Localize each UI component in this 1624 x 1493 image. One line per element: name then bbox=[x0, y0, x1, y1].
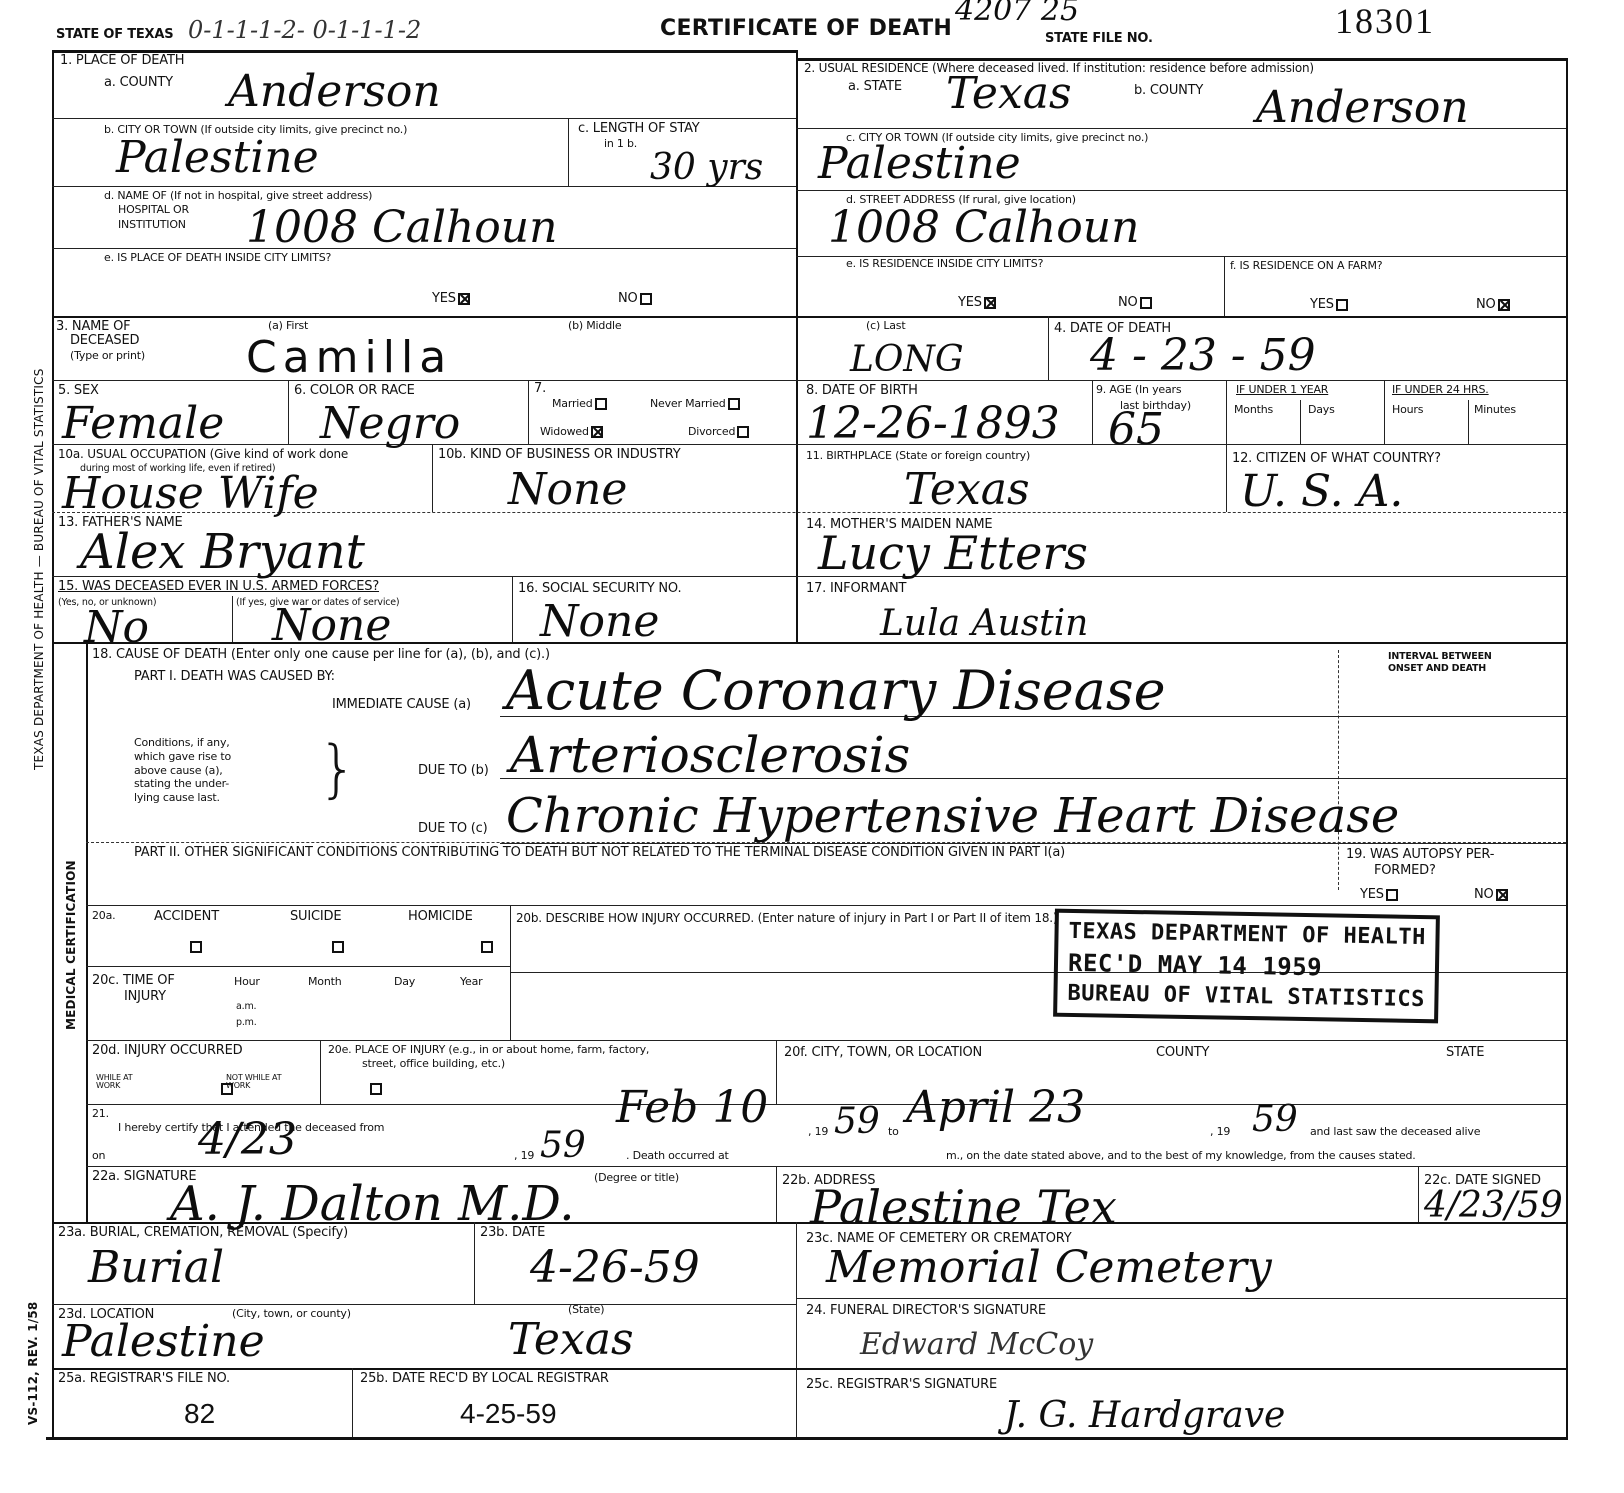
citizen-label: 12. CITIZEN OF WHAT COUNTRY? bbox=[1232, 452, 1441, 466]
mother-value[interactable]: Lucy Etters bbox=[818, 530, 1088, 576]
note-line: Conditions, if any, bbox=[134, 736, 231, 750]
farm-yes[interactable]: YES bbox=[1310, 298, 1348, 312]
length-of-stay-sublabel: in 1 b. bbox=[604, 138, 637, 150]
checkbox-empty-icon[interactable] bbox=[728, 398, 740, 410]
informant-value[interactable]: Lula Austin bbox=[880, 606, 1088, 642]
handwritten-number: 4207 25 bbox=[955, 0, 1079, 26]
place-of-injury-label-1: 20e. PLACE OF INJURY (e.g., in or about … bbox=[328, 1044, 649, 1056]
date-of-birth-label: 8. DATE OF BIRTH bbox=[806, 384, 918, 398]
armed-forces-service-value[interactable]: None bbox=[272, 604, 391, 648]
checkbox-checked-icon[interactable] bbox=[1496, 889, 1508, 901]
physician-address[interactable]: Palestine Tex bbox=[810, 1184, 1117, 1230]
state-file-number: 18301 bbox=[1335, 0, 1435, 42]
on-year-prefix: , 19 bbox=[514, 1150, 534, 1162]
am-label: a.m. bbox=[236, 1002, 256, 1012]
residence-inside-city-no[interactable]: NO bbox=[1118, 296, 1152, 310]
marital-label: 7. bbox=[534, 382, 546, 396]
marital-never-married[interactable]: Never Married bbox=[650, 398, 740, 410]
yes-label: YES bbox=[432, 291, 456, 306]
race-label: 6. COLOR OR RACE bbox=[294, 384, 415, 398]
first-name-value[interactable]: Camilla bbox=[246, 336, 452, 380]
death-inside-city-yes[interactable]: YES bbox=[432, 292, 470, 306]
length-of-stay-value[interactable]: 30 yrs bbox=[650, 150, 763, 186]
length-of-stay-label: c. LENGTH OF STAY bbox=[578, 122, 700, 136]
due-to-c-value[interactable]: Chronic Hypertensive Heart Disease bbox=[506, 792, 1399, 840]
immediate-cause-value[interactable]: Acute Coronary Disease bbox=[506, 664, 1166, 718]
while-at-work-label: WHILE AT WORK bbox=[96, 1074, 156, 1091]
attended-from-date[interactable]: Feb 10 bbox=[616, 1086, 768, 1130]
physician-signature[interactable]: A. J. Dalton M.D. bbox=[170, 1180, 574, 1228]
sex-label: 5. SEX bbox=[58, 384, 99, 398]
death-inside-city-no[interactable]: NO bbox=[618, 292, 652, 306]
occupation-label-1: 10a. USUAL OCCUPATION (Give kind of work… bbox=[58, 448, 348, 461]
burial-date-value[interactable]: 4-26-59 bbox=[530, 1246, 700, 1290]
due-to-c-label: DUE TO (c) bbox=[418, 822, 487, 836]
note-line: stating the under- bbox=[134, 777, 231, 791]
residence-county-value[interactable]: Anderson bbox=[1256, 86, 1469, 130]
immediate-cause-label: IMMEDIATE CAUSE (a) bbox=[332, 698, 471, 712]
department-side-label: TEXAS DEPARTMENT OF HEALTH — BUREAU OF V… bbox=[32, 368, 46, 770]
no-label: NO bbox=[618, 291, 638, 306]
informant-label: 17. INFORMANT bbox=[806, 582, 906, 596]
death-occurred-label: . Death occurred at bbox=[626, 1150, 729, 1162]
funeral-director-label: 24. FUNERAL DIRECTOR'S SIGNATURE bbox=[806, 1304, 1046, 1318]
autopsy-label-2: FORMED? bbox=[1374, 864, 1436, 878]
age-label-1: 9. AGE (In years bbox=[1096, 384, 1181, 396]
day-label: Day bbox=[394, 976, 415, 988]
residence-county-label: b. COUNTY bbox=[1134, 84, 1203, 98]
date-of-death-value[interactable]: 4 - 23 - 59 bbox=[1090, 334, 1316, 378]
homicide-label: HOMICIDE bbox=[408, 910, 473, 924]
registrar-file-value[interactable]: 82 bbox=[184, 1398, 215, 1430]
residence-street-value[interactable]: 1008 Calhoun bbox=[828, 206, 1139, 250]
farm-label: f. IS RESIDENCE ON A FARM? bbox=[1230, 260, 1382, 272]
burial-date-label: 23b. DATE bbox=[480, 1226, 545, 1240]
date-signed-value[interactable]: 4/23/59 bbox=[1424, 1188, 1563, 1224]
residence-inside-city-label: e. IS RESIDENCE INSIDE CITY LIMITS? bbox=[846, 258, 1043, 270]
checkbox-empty-icon[interactable] bbox=[1140, 297, 1152, 309]
yes-label: YES bbox=[958, 295, 982, 310]
page-title: CERTIFICATE OF DEATH bbox=[660, 16, 952, 41]
checkbox-checked-icon[interactable] bbox=[984, 297, 996, 309]
registrar-signature-label: 25c. REGISTRAR'S SIGNATURE bbox=[806, 1378, 997, 1392]
race-value[interactable]: Negro bbox=[320, 402, 460, 446]
conditions-note: Conditions, if any, which gave rise to a… bbox=[134, 736, 231, 805]
death-county-value[interactable]: Anderson bbox=[228, 70, 441, 114]
cemetery-value[interactable]: Memorial Cemetery bbox=[826, 1246, 1272, 1290]
cert-text-3: m., on the date stated above, and to the… bbox=[946, 1150, 1416, 1162]
suicide-label: SUICIDE bbox=[290, 910, 341, 924]
checkbox-empty-icon[interactable] bbox=[1386, 889, 1398, 901]
age-value[interactable]: 65 bbox=[1108, 408, 1164, 452]
last-seen-year[interactable]: 59 bbox=[540, 1128, 586, 1164]
under-1-year-label: IF UNDER 1 YEAR bbox=[1236, 384, 1328, 396]
not-while-at-work-label: NOT WHILE AT WORK bbox=[226, 1074, 288, 1091]
marital-divorced[interactable]: Divorced bbox=[688, 426, 749, 438]
registrar-file-label: 25a. REGISTRAR'S FILE NO. bbox=[58, 1372, 230, 1386]
note-line: which gave rise to bbox=[134, 750, 231, 764]
disposition-value[interactable]: Burial bbox=[88, 1246, 224, 1290]
divorced-label: Divorced bbox=[688, 425, 735, 438]
pm-label: p.m. bbox=[236, 1018, 257, 1028]
place-of-injury-label-2: street, office building, etc.) bbox=[362, 1058, 505, 1070]
name-label-2: DECEASED bbox=[70, 334, 139, 348]
days-label: Days bbox=[1308, 404, 1335, 416]
birthplace-value[interactable]: Texas bbox=[904, 468, 1030, 512]
state-file-label: STATE FILE NO. bbox=[1045, 32, 1153, 46]
business-value[interactable]: None bbox=[508, 468, 627, 512]
marital-married[interactable]: Married bbox=[552, 398, 607, 410]
father-value[interactable]: Alex Bryant bbox=[80, 528, 365, 576]
no-label: NO bbox=[1118, 295, 1138, 310]
ssn-value[interactable]: None bbox=[540, 600, 659, 644]
from-year-prefix: , 19 bbox=[808, 1126, 828, 1138]
on-label: on bbox=[92, 1150, 105, 1162]
location-city-value[interactable]: Palestine bbox=[62, 1320, 265, 1364]
stamp-line-3: BUREAU OF VITAL STATISTICS bbox=[1067, 979, 1425, 1015]
note-line: lying cause last. bbox=[134, 791, 231, 805]
name-label-3: (Type or print) bbox=[70, 350, 145, 362]
yes-label: YES bbox=[1310, 297, 1334, 312]
occupation-value[interactable]: House Wife bbox=[62, 472, 319, 516]
not-while-at-work-checkbox[interactable] bbox=[370, 1083, 382, 1095]
received-stamp: TEXAS DEPARTMENT OF HEALTH REC'D MAY 14 … bbox=[1053, 909, 1440, 1023]
attended-to-year[interactable]: 59 bbox=[1252, 1102, 1298, 1138]
attended-to-date[interactable]: April 23 bbox=[906, 1086, 1085, 1130]
registrar-date-label: 25b. DATE REC'D BY LOCAL REGISTRAR bbox=[360, 1372, 609, 1386]
note-line: above cause (a), bbox=[134, 764, 231, 778]
interval-label-2: ONSET AND DEATH bbox=[1388, 664, 1486, 674]
residence-state-label: a. STATE bbox=[848, 80, 902, 94]
autopsy-yes[interactable]: YES bbox=[1360, 888, 1398, 902]
last-seen-date[interactable]: 4/23 bbox=[198, 1118, 297, 1162]
hospital-label-1: d. NAME OF (If not in hospital, give str… bbox=[104, 190, 372, 202]
state-of-texas-label: STATE OF TEXAS bbox=[56, 28, 173, 42]
checkbox-empty-icon[interactable] bbox=[640, 293, 652, 305]
residence-state-value[interactable]: Texas bbox=[946, 72, 1072, 116]
hours-label: Hours bbox=[1392, 404, 1423, 416]
accident-checkbox[interactable] bbox=[190, 941, 202, 953]
disposition-label: 23a. BURIAL, CREMATION, REMOVAL (Specify… bbox=[58, 1226, 348, 1240]
months-label: Months bbox=[1234, 404, 1273, 416]
attended-from-year[interactable]: 59 bbox=[834, 1104, 880, 1140]
hospital-value[interactable]: 1008 Calhoun bbox=[246, 206, 557, 250]
state-scribble: 0-1-1-1-2- 0-1-1-1-2 bbox=[188, 18, 421, 42]
death-city-value[interactable]: Palestine bbox=[116, 136, 319, 180]
describe-injury-label: 20b. DESCRIBE HOW INJURY OCCURRED. (Ente… bbox=[516, 912, 1057, 925]
minutes-label: Minutes bbox=[1474, 404, 1516, 416]
birthplace-label: 11. BIRTHPLACE (State or foreign country… bbox=[806, 450, 1030, 462]
citizen-value[interactable]: U. S. A. bbox=[1240, 470, 1403, 514]
checkbox-empty-icon[interactable] bbox=[1336, 299, 1348, 311]
autopsy-no[interactable]: NO bbox=[1474, 888, 1508, 902]
due-to-b-value[interactable]: Arteriosclerosis bbox=[510, 730, 910, 780]
armed-forces-value[interactable]: No bbox=[84, 606, 149, 650]
month-label: Month bbox=[308, 976, 341, 988]
checkbox-checked-icon[interactable] bbox=[1498, 299, 1510, 311]
cert-number: 21. bbox=[92, 1108, 109, 1120]
never-married-label: Never Married bbox=[650, 397, 726, 410]
brace-icon: } bbox=[318, 738, 357, 800]
injury-state-label: STATE bbox=[1446, 1046, 1484, 1060]
injury-type-label: 20a. bbox=[92, 910, 115, 922]
registrar-date-value[interactable]: 4-25-59 bbox=[460, 1398, 557, 1430]
last-name-label: (c) Last bbox=[866, 320, 905, 332]
first-name-label: (a) First bbox=[268, 320, 308, 332]
registrar-signature[interactable]: J. G. Hardgrave bbox=[1004, 1398, 1285, 1434]
cert-text-2: and last saw the deceased alive bbox=[1310, 1126, 1480, 1138]
no-label: NO bbox=[1476, 297, 1496, 312]
medical-certification-side-label: MEDICAL CERTIFICATION bbox=[64, 860, 78, 1030]
degree-label: (Degree or title) bbox=[594, 1172, 679, 1184]
due-to-b-label: DUE TO (b) bbox=[418, 764, 489, 778]
year-label: Year bbox=[460, 976, 483, 988]
sex-value[interactable]: Female bbox=[62, 402, 224, 446]
last-name-value[interactable]: LONG bbox=[850, 342, 964, 378]
checkbox-checked-icon[interactable] bbox=[458, 293, 470, 305]
injury-occurred-label: 20d. INJURY OCCURRED bbox=[92, 1044, 242, 1058]
hospital-label-2: HOSPITAL OR bbox=[118, 204, 189, 216]
armed-forces-label: 15. WAS DECEASED EVER IN U.S. ARMED FORC… bbox=[58, 580, 379, 594]
suicide-checkbox[interactable] bbox=[332, 941, 344, 953]
hour-label: Hour bbox=[234, 976, 260, 988]
autopsy-label-1: 19. WAS AUTOPSY PER- bbox=[1346, 848, 1494, 862]
injury-city-label: 20f. CITY, TOWN, OR LOCATION bbox=[784, 1046, 982, 1060]
to-year-prefix: , 19 bbox=[1210, 1126, 1230, 1138]
marital-widowed[interactable]: Widowed bbox=[540, 426, 603, 438]
name-label-1: 3. NAME OF bbox=[56, 320, 130, 334]
interval-label-1: INTERVAL BETWEEN bbox=[1388, 652, 1492, 662]
homicide-checkbox[interactable] bbox=[481, 941, 493, 953]
married-label: Married bbox=[552, 397, 593, 410]
place-of-death-label: 1. PLACE OF DEATH bbox=[60, 54, 184, 68]
business-label: 10b. KIND OF BUSINESS OR INDUSTRY bbox=[438, 448, 680, 462]
checkbox-checked-icon[interactable] bbox=[591, 426, 603, 438]
part2-label: PART II. OTHER SIGNIFICANT CONDITIONS CO… bbox=[134, 846, 1065, 860]
to-label: to bbox=[888, 1126, 899, 1138]
ssn-label: 16. SOCIAL SECURITY NO. bbox=[518, 582, 681, 596]
form-number-side-label: VS-112, REV. 1/58 bbox=[26, 1302, 40, 1425]
cause-label: 18. CAUSE OF DEATH (Enter only one cause… bbox=[92, 648, 550, 662]
widowed-label: Widowed bbox=[540, 425, 589, 438]
residence-city-value[interactable]: Palestine bbox=[818, 142, 1021, 186]
checkbox-empty-icon[interactable] bbox=[737, 426, 749, 438]
under-24-hrs-label: IF UNDER 24 HRS. bbox=[1392, 384, 1489, 396]
death-county-label: a. COUNTY bbox=[104, 76, 173, 90]
date-of-birth-value[interactable]: 12-26-1893 bbox=[806, 402, 1060, 446]
injury-county-label: COUNTY bbox=[1156, 1046, 1209, 1060]
location-state-value[interactable]: Texas bbox=[508, 1318, 634, 1362]
middle-name-label: (b) Middle bbox=[568, 320, 621, 332]
hospital-label-3: INSTITUTION bbox=[118, 219, 186, 231]
checkbox-empty-icon[interactable] bbox=[595, 398, 607, 410]
time-of-injury-label-2: INJURY bbox=[124, 990, 166, 1004]
part1-label: PART I. DEATH WAS CAUSED BY: bbox=[134, 670, 335, 684]
yes-label: YES bbox=[1360, 887, 1384, 902]
no-label: NO bbox=[1474, 887, 1494, 902]
time-of-injury-label-1: 20c. TIME OF bbox=[92, 974, 175, 988]
death-inside-city-label: e. IS PLACE OF DEATH INSIDE CITY LIMITS? bbox=[104, 252, 331, 264]
residence-inside-city-yes[interactable]: YES bbox=[958, 296, 996, 310]
funeral-director-signature[interactable]: Edward McCoy bbox=[860, 1330, 1093, 1360]
farm-no[interactable]: NO bbox=[1476, 298, 1510, 312]
accident-label: ACCIDENT bbox=[154, 910, 219, 924]
